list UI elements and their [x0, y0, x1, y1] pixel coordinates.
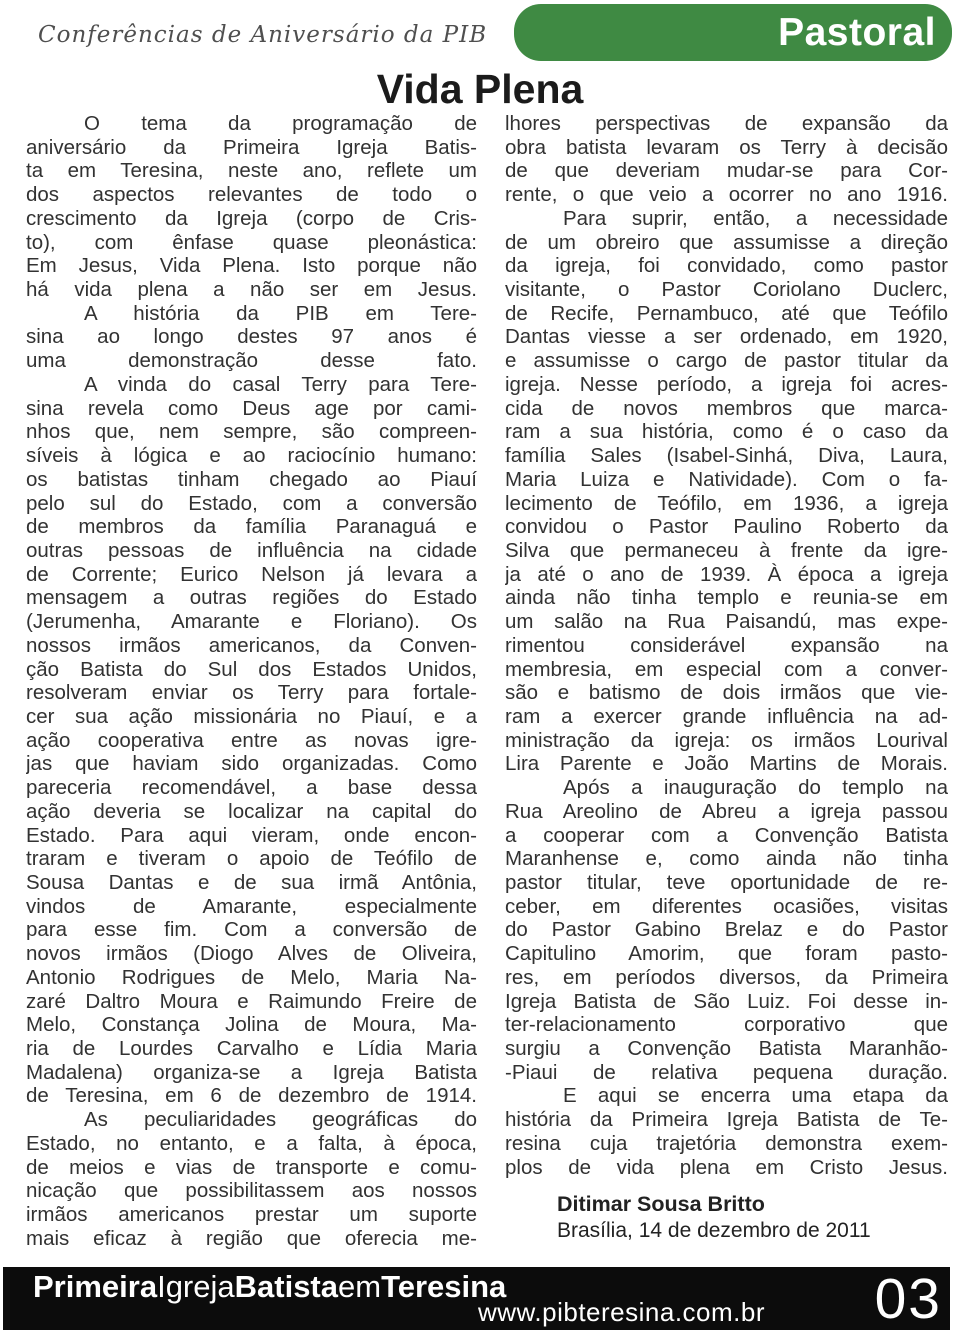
text-line: lhores perspectivas de expansão da	[505, 112, 948, 136]
text-line: A história da PIB em Tere-	[26, 302, 477, 326]
header-script-title: Conferências de Aniversário da PIB	[38, 22, 487, 48]
text-line: irmãos americanos prestar um suporte	[26, 1203, 477, 1227]
text-line: crescimento da Igreja (corpo de Cris-	[26, 207, 477, 231]
text-line: há vida plena a não ser em Jesus.	[26, 278, 477, 302]
text-line: e assumisse o cargo de pastor titular da	[505, 349, 948, 373]
signature-block: Ditimar Sousa Britto Brasília, 14 de dez…	[505, 1191, 948, 1243]
text-line: de que deveriam mudar-se para Cor-	[505, 159, 948, 183]
text-line: Maranhense e, como ainda não tinha	[505, 847, 948, 871]
text-line: Melo, Constança Jolina de Moura, Ma-	[26, 1013, 477, 1037]
text-line: pareceria recomendável, a base dessa	[26, 776, 477, 800]
text-line: Dantas viesse a ser ordenado, em 1920,	[505, 325, 948, 349]
text-line: nhos que, nem sempre, são compreen-	[26, 420, 477, 444]
text-line: pastor titular, teve oportunidade de re-	[505, 871, 948, 895]
text-line: resolveram enviar os Terry para fortale-	[26, 681, 477, 705]
text-line: ram a sua história, como é o caso da	[505, 420, 948, 444]
text-line: ceber, em diferentes ocasiões, visitas	[505, 895, 948, 919]
text-line: outras pessoas de influência na cidade	[26, 539, 477, 563]
text-line: Para suprir, então, a necessidade	[505, 207, 948, 231]
text-line: uma demonstração desse fato.	[26, 349, 477, 373]
text-line: ção Batista do Sul dos Estados Unidos,	[26, 658, 477, 682]
text-line: sina revela como Deus age por cami-	[26, 397, 477, 421]
text-line: ministração da igreja: os irmãos Louriva…	[505, 729, 948, 753]
text-line: Igreja Batista de São Luiz. Foi desse in…	[505, 990, 948, 1014]
text-line: lecimento de Teófilo, em 1936, a igreja	[505, 492, 948, 516]
text-line: zaré Daltro Moura e Raimundo Freire de	[26, 990, 477, 1014]
text-line: família Sales (Isabel-Sinhá, Diva, Laura…	[505, 444, 948, 468]
text-line: resina cuja trajetória demonstra exem-	[505, 1132, 948, 1156]
text-line: rimentou considerável expansão na	[505, 634, 948, 658]
text-line: a cooperar com a Convenção Batista	[505, 824, 948, 848]
text-line: novos irmãos (Diogo Alves de Oliveira,	[26, 942, 477, 966]
text-line: convidou o Pastor Paulino Roberto da	[505, 515, 948, 539]
left-column: O tema da programação deaniversário da P…	[26, 112, 477, 1251]
text-line: (Jerumenha, Amarante e Floriano). Os	[26, 610, 477, 634]
text-line: os batistas tinham chegado ao Piauí	[26, 468, 477, 492]
signature-date: Brasília, 14 de dezembro de 2011	[557, 1218, 948, 1243]
text-line: sina ao longo destes 97 anos é	[26, 325, 477, 349]
text-line: As peculiaridades geográficas do	[26, 1108, 477, 1132]
text-line: Madalena) organiza-se a Igreja Batista	[26, 1061, 477, 1085]
text-line: dos aspectos relevantes de todo o	[26, 183, 477, 207]
page-title: Vida Plena	[0, 66, 960, 113]
right-column-lines: lhores perspectivas de expansão daobra b…	[505, 112, 948, 1179]
text-line: Lira Parente e João Martins de Morais.	[505, 752, 948, 776]
text-line: mais eficaz à região que oferecia me-	[26, 1227, 477, 1251]
text-line: Capitulino Amorim, que foram pasto-	[505, 942, 948, 966]
text-line: obra batista levaram os Terry à decisão	[505, 136, 948, 160]
text-line: plos de vida plena em Cristo Jesus.	[505, 1156, 948, 1180]
text-line: da igreja, foi convidado, como pastor	[505, 254, 948, 278]
text-line: do Pastor Gabino Brelaz e do Pastor	[505, 918, 948, 942]
pastoral-badge: Pastoral	[514, 4, 952, 61]
website-url: www.pibteresina.com.br	[478, 1297, 765, 1328]
text-line: cida de novos membros que marca-	[505, 397, 948, 421]
text-line: ria de Lourdes Carvalho e Lídia Maria	[26, 1037, 477, 1061]
text-line: ter-relacionamento corporativo que	[505, 1013, 948, 1037]
text-line: de Teresina, em 6 de dezembro de 1914.	[26, 1084, 477, 1108]
page-number: 03	[875, 1267, 942, 1330]
text-line: Sousa Dantas e de sua irmã Antônia,	[26, 871, 477, 895]
text-line: de Recife, Pernambuco, até que Teófilo	[505, 302, 948, 326]
footer-bar: PrimeiraIgrejaBatistaemTeresina www.pibt…	[3, 1267, 950, 1330]
text-line: ação cooperativa entre as novas igre-	[26, 729, 477, 753]
text-line: ram a exercer grande influência na ad-	[505, 705, 948, 729]
text-line: ta em Teresina, neste ano, reflete um	[26, 159, 477, 183]
text-line: de Corrente; Eurico Nelson já levara a	[26, 563, 477, 587]
text-line: ainda não tinha templo e reunia-se em	[505, 586, 948, 610]
text-line: de um obreiro que assumisse a direção	[505, 231, 948, 255]
brand-segment: em	[338, 1269, 381, 1304]
text-line: Rua Areolino de Abreu a igreja passou	[505, 800, 948, 824]
text-line: A vinda do casal Terry para Tere-	[26, 373, 477, 397]
right-column: lhores perspectivas de expansão daobra b…	[505, 112, 948, 1243]
text-line: Antonio Rodrigues de Melo, Maria Na-	[26, 966, 477, 990]
text-line: O tema da programação de	[26, 112, 477, 136]
text-line: Silva que permaneceu à frente da igre-	[505, 539, 948, 563]
brand-segment: Batista	[235, 1269, 338, 1304]
text-line: ação deveria se localizar na capital do	[26, 800, 477, 824]
brand-wordmark: PrimeiraIgrejaBatistaemTeresina	[33, 1269, 506, 1305]
text-line: nossos irmãos americanos, da Conven-	[26, 634, 477, 658]
text-line: história da Primeira Igreja Batista de T…	[505, 1108, 948, 1132]
text-line: to), com ênfase quase pleonástica:	[26, 231, 477, 255]
text-line: traram e tiveram o apoio de Teófilo de	[26, 847, 477, 871]
text-line: visitante, o Pastor Coriolano Duclerc,	[505, 278, 948, 302]
text-line: cer sua ação missionária no Piauí, e a	[26, 705, 477, 729]
text-line: aniversário da Primeira Igreja Batis-	[26, 136, 477, 160]
text-line: vindos de Amarante, especialmente	[26, 895, 477, 919]
text-line: res, em períodos diversos, da Primeira	[505, 966, 948, 990]
brand-segment: Primeira	[33, 1269, 157, 1304]
text-line: Estado. Para aqui vieram, onde encon-	[26, 824, 477, 848]
text-line: jas que haviam sido organizadas. Como	[26, 752, 477, 776]
text-line: um salão na Rua Paisandú, mas expe-	[505, 610, 948, 634]
page: Conferências de Aniversário da PIB Pasto…	[0, 0, 960, 1337]
text-line: para esse fim. Com a conversão de	[26, 918, 477, 942]
text-line: são e batismo de dois irmãos que vie-	[505, 681, 948, 705]
pastoral-badge-label: Pastoral	[778, 11, 936, 55]
text-line: E aqui se encerra uma etapa da	[505, 1084, 948, 1108]
text-line: Em Jesus, Vida Plena. Isto porque não	[26, 254, 477, 278]
signature-name: Ditimar Sousa Britto	[557, 1191, 948, 1218]
text-line: síveis à lógica e ao raciocínio humano:	[26, 444, 477, 468]
text-line: igreja. Nesse período, a igreja foi acre…	[505, 373, 948, 397]
text-line: Após a inauguração do templo na	[505, 776, 948, 800]
text-line: membresia, em especial com a conver-	[505, 658, 948, 682]
text-line: surgiu a Convenção Batista Maranhão-	[505, 1037, 948, 1061]
text-line: de membros da família Paranaguá e	[26, 515, 477, 539]
text-line: Maria Luiza e Natividade). Com o fa-	[505, 468, 948, 492]
text-line: Estado, no entanto, e a falta, à época,	[26, 1132, 477, 1156]
text-line: nicação que possibilitassem aos nossos	[26, 1179, 477, 1203]
text-line: ja até o ano de 1939. À época a igreja	[505, 563, 948, 587]
text-line: -Piaui de relativa pequena duração.	[505, 1061, 948, 1085]
text-line: rente, o que veio a ocorrer no ano 1916.	[505, 183, 948, 207]
brand-segment: Igreja	[157, 1269, 235, 1304]
text-line: pelo sul do Estado, com a conversão	[26, 492, 477, 516]
text-line: de meios e vias de transporte e comu-	[26, 1156, 477, 1180]
text-line: mensagem a outras regiões do Estado	[26, 586, 477, 610]
